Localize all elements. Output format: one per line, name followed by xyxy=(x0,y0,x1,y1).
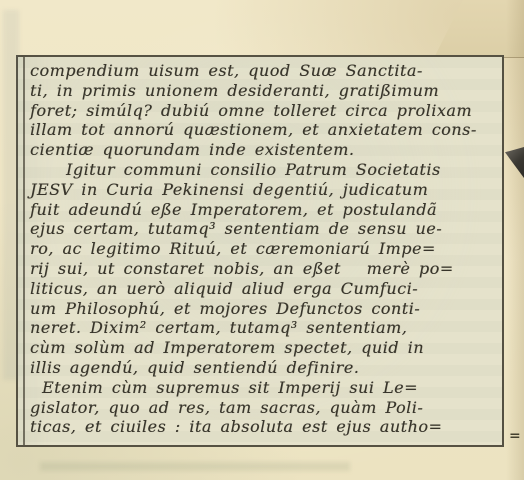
manuscript-line: cùm solùm ad Imperatorem spectet, quid i… xyxy=(30,338,502,358)
manuscript-line: ro, ac legitimo Rituú, et cæremoniarú Im… xyxy=(30,239,502,259)
manuscript-line: cientiæ quorundam inde existentem. xyxy=(30,140,502,160)
ink-smudge-left xyxy=(3,10,19,380)
manuscript-line: compendium uisum est, quod Suæ Sanctita- xyxy=(30,61,502,81)
manuscript-line: ejus certam, tutamq³ sententiam de sensu… xyxy=(30,219,502,239)
manuscript-line: ticas, et ciuiles : ita absoluta est eju… xyxy=(30,417,502,437)
manuscript-text: compendium uisum est, quod Suæ Sanctita-… xyxy=(30,61,502,437)
manuscript-line: fuit adeundú eße Imperatorem, et postula… xyxy=(30,200,502,220)
manuscript-line: illis agendú, quid sentiendú definire. xyxy=(30,358,502,378)
manuscript-line: JESV in Curia Pekinensi degentiú, judica… xyxy=(30,180,502,200)
scan-right-edge-shadow xyxy=(506,0,524,480)
manuscript-line: um Philosophú, et mojores Defunctos cont… xyxy=(30,299,502,319)
manuscript-line: neret. Dixim² certam, tutamq³ sententiam… xyxy=(30,318,502,338)
manuscript-line: foret; simúlq? dubiú omne tolleret circa… xyxy=(30,101,502,121)
manuscript-line: rij sui, ut constaret nobis, an eßet mer… xyxy=(30,259,502,279)
inner-margin-rule xyxy=(23,57,25,445)
manuscript-line: liticus, an uerò aliquid aliud erga Cumf… xyxy=(30,279,502,299)
manuscript-line: ti, in primis unionem desideranti, grati… xyxy=(30,81,502,101)
manuscript-line: Igitur communi consilio Patrum Societati… xyxy=(30,160,502,180)
ink-smudge-bottom xyxy=(40,462,350,471)
manuscript-line: Etenim cùm supremus sit Imperij sui Le= xyxy=(30,378,502,398)
manuscript-line: illam tot annorú quæstionem, et anxietat… xyxy=(30,120,502,140)
manuscript-scan: compendium uisum est, quod Suæ Sanctita-… xyxy=(0,0,524,480)
quire-mark: = xyxy=(509,428,521,444)
manuscript-line: gislator, quo ad res, tam sacras, quàm P… xyxy=(30,398,502,418)
